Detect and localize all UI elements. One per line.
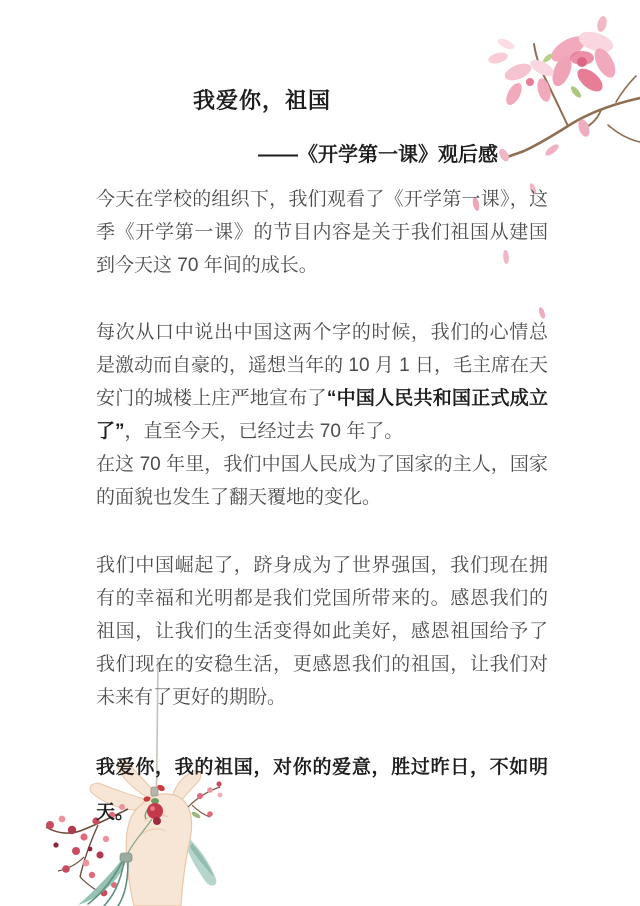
magnolia-bud <box>497 147 511 163</box>
magnolia-branch <box>504 44 640 158</box>
falling-petal <box>544 142 561 157</box>
leaf-accent <box>542 52 555 64</box>
essay-page: 我爱你，祖国 ——《开学第一课》观后感 今天在学校的组织下，我们观看了《开学第一… <box>0 0 640 906</box>
teal-ribbon <box>184 837 216 886</box>
leaf-accent <box>569 85 583 100</box>
paragraph-1: 今天在学校的组织下，我们观看了《开学第一课》，这季《开学第一课》的节目内容是关于… <box>96 183 548 282</box>
magnolia-branch-illustration <box>430 0 640 340</box>
paragraph-3: 我们中国崛起了，跻身成为了世界强国，我们现在拥有的幸福和光明都是我们党国所带来的… <box>96 549 548 714</box>
paragraph-2-text-cont: ，直至今天，已经过去 70 年了。 在这 70 年里，我们中国人民成为了国家的主… <box>96 421 548 508</box>
magnolia-bud <box>576 118 591 138</box>
essay-subtitle: ——《开学第一课》观后感 <box>96 138 498 167</box>
paragraph-4-closing: 我爱你，我的祖国，对你的爱意，胜过昨日，不如明天。 <box>96 745 548 835</box>
paragraph-3-text: 我们中国崛起了，跻身成为了世界强国，我们现在拥有的幸福和光明都是我们党国所带来的… <box>96 555 548 708</box>
tassel-cap <box>120 853 132 862</box>
tassel <box>78 853 132 906</box>
paragraph-1-text: 今天在学校的组织下，我们观看了《开学第一课》，这季《开学第一课》的节目内容是关于… <box>96 189 548 276</box>
paragraph-2: 每次从口中说出中国这两个字的时候，我们的心情总是激动而自豪的，遥想当年的 10 … <box>96 316 548 514</box>
magnolia-flowers <box>487 15 620 163</box>
paragraph-4-text: 我爱你，我的祖国，对你的爱意，胜过昨日，不如明天。 <box>96 757 548 823</box>
magnolia-bud <box>596 15 609 33</box>
essay-title: 我爱你，祖国 <box>193 84 331 115</box>
